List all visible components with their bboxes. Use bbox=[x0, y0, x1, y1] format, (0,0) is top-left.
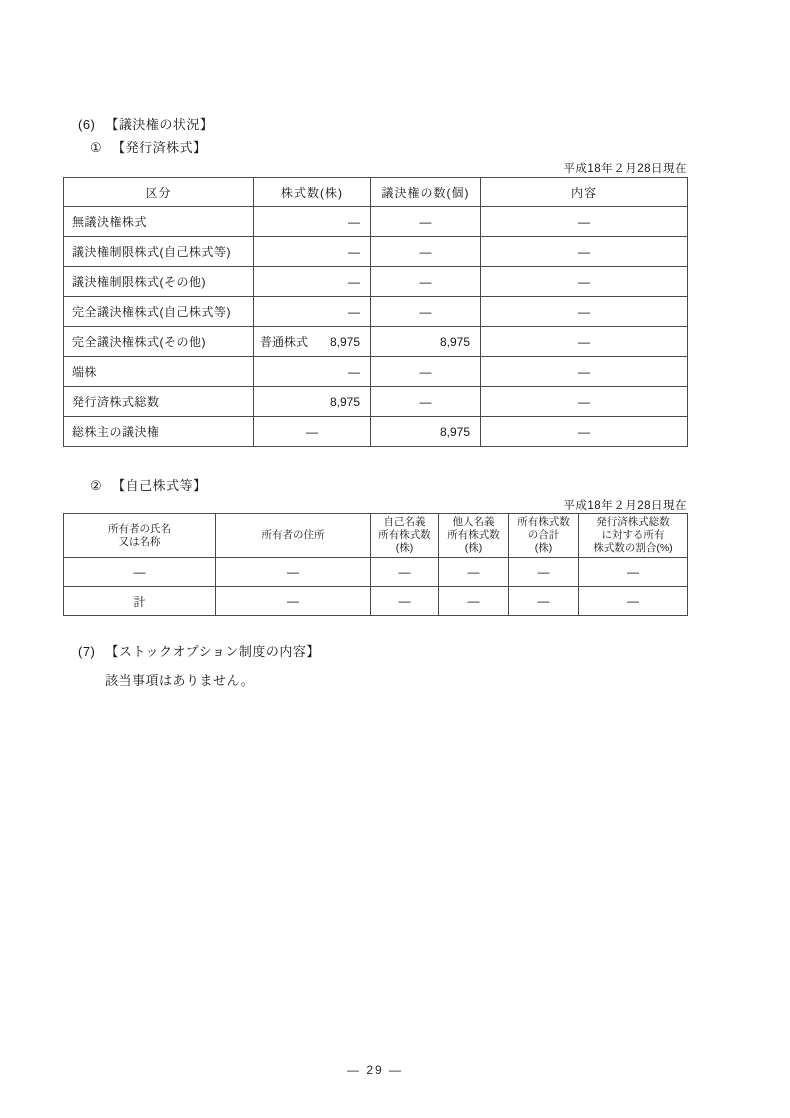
cell-content: ― bbox=[481, 237, 688, 267]
cell-content: ― bbox=[481, 387, 688, 417]
cell-shares: ― bbox=[254, 237, 371, 267]
cell-other-name-shares: ― bbox=[439, 587, 509, 616]
document-page: (6)【議決権の状況】 ①【発行済株式】 平成18年２月28日現在 区分 株式数… bbox=[0, 0, 790, 1118]
cell-ownership-ratio: ― bbox=[579, 587, 688, 616]
cell-voting: ― bbox=[371, 237, 481, 267]
table-row: 完全議決権株式(自己株式等) ― ― ― bbox=[64, 297, 688, 327]
cell-owner-name: 計 bbox=[64, 587, 216, 616]
table-header-row: 区分 株式数(株) 議決権の数(個) 内容 bbox=[64, 178, 688, 207]
cell-category: 完全議決権株式(自己株式等) bbox=[64, 297, 254, 327]
cell-content: ― bbox=[481, 267, 688, 297]
cell-voting: 8,975 bbox=[371, 327, 481, 357]
table-row: 端株 ― ― ― bbox=[64, 357, 688, 387]
cell-shares: ― bbox=[254, 297, 371, 327]
table-row-total: 計 ― ― ― ― ― bbox=[64, 587, 688, 616]
cell-voting: ― bbox=[371, 297, 481, 327]
cell-owner-address: ― bbox=[216, 587, 371, 616]
issued-shares-table: 区分 株式数(株) 議決権の数(個) 内容 無議決権株式 ― ― ― 議決権制限… bbox=[63, 177, 688, 447]
col-header-owner-address: 所有者の住所 bbox=[216, 514, 371, 558]
cell-category: 無議決権株式 bbox=[64, 207, 254, 237]
col-header-content: 内容 bbox=[481, 178, 688, 207]
cell-content: ― bbox=[481, 417, 688, 447]
cell-voting: 8,975 bbox=[371, 417, 481, 447]
cell-owner-name: ― bbox=[64, 558, 216, 587]
col-header-shares: 株式数(株) bbox=[254, 178, 371, 207]
table-row: 完全議決権株式(その他) 普通株式 8,975 8,975 ― bbox=[64, 327, 688, 357]
subsection-heading-treasury-shares: ②【自己株式等】 bbox=[90, 478, 207, 493]
section-title: 【ストックオプション制度の内容】 bbox=[105, 644, 319, 659]
cell-content: ― bbox=[481, 297, 688, 327]
col-header-other-name-shares: 他人名義 所有株式数 (株) bbox=[439, 514, 509, 558]
section-heading-voting-rights: (6)【議決権の状況】 bbox=[78, 117, 213, 132]
cell-voting: ― bbox=[371, 207, 481, 237]
cell-category: 議決権制限株式(その他) bbox=[64, 267, 254, 297]
share-type-label: 普通株式 bbox=[260, 333, 308, 350]
cell-category: 発行済株式総数 bbox=[64, 387, 254, 417]
col-header-category: 区分 bbox=[64, 178, 254, 207]
subsection-title: 【自己株式等】 bbox=[112, 478, 207, 493]
section-number: (6) bbox=[78, 117, 95, 132]
section-title: 【議決権の状況】 bbox=[105, 117, 213, 132]
subsection-heading-issued-shares: ①【発行済株式】 bbox=[90, 140, 207, 155]
treasury-shares-table: 所有者の氏名 又は名称 所有者の住所 自己名義 所有株式数 (株) 他人名義 所… bbox=[63, 513, 688, 616]
cell-owner-address: ― bbox=[216, 558, 371, 587]
cell-own-name-shares: ― bbox=[371, 587, 439, 616]
cell-shares: ― bbox=[254, 357, 371, 387]
subsection-number: ② bbox=[90, 478, 102, 493]
cell-content: ― bbox=[481, 327, 688, 357]
table-row: 議決権制限株式(その他) ― ― ― bbox=[64, 267, 688, 297]
cell-shares: 普通株式 8,975 bbox=[254, 327, 371, 357]
subsection-title: 【発行済株式】 bbox=[112, 140, 207, 155]
col-header-voting: 議決権の数(個) bbox=[371, 178, 481, 207]
table-row: ― ― ― ― ― ― bbox=[64, 558, 688, 587]
as-of-date-treasury-shares: 平成18年２月28日現在 bbox=[63, 497, 687, 513]
cell-total-shares: ― bbox=[509, 587, 579, 616]
section-heading-stock-options: (7)【ストックオプション制度の内容】 bbox=[78, 644, 320, 659]
table-row: 議決権制限株式(自己株式等) ― ― ― bbox=[64, 237, 688, 267]
table-row: 無議決権株式 ― ― ― bbox=[64, 207, 688, 237]
cell-total-shares: ― bbox=[509, 558, 579, 587]
share-count: 8,975 bbox=[330, 335, 360, 349]
cell-shares: 8,975 bbox=[254, 387, 371, 417]
col-header-own-name-shares: 自己名義 所有株式数 (株) bbox=[371, 514, 439, 558]
table-row: 総株主の議決権 ― 8,975 ― bbox=[64, 417, 688, 447]
col-header-ownership-ratio: 発行済株式総数 に対する所有 株式数の割合(%) bbox=[579, 514, 688, 558]
cell-voting: ― bbox=[371, 387, 481, 417]
stock-options-body-text: 該当事項はありません。 bbox=[105, 670, 254, 689]
as-of-date-issued-shares: 平成18年２月28日現在 bbox=[63, 160, 687, 176]
col-header-total-shares: 所有株式数 の合計 (株) bbox=[509, 514, 579, 558]
cell-category: 完全議決権株式(その他) bbox=[64, 327, 254, 357]
cell-shares: ― bbox=[254, 267, 371, 297]
table-row: 発行済株式総数 8,975 ― ― bbox=[64, 387, 688, 417]
subsection-number: ① bbox=[90, 140, 102, 155]
cell-category: 端株 bbox=[64, 357, 254, 387]
cell-category: 総株主の議決権 bbox=[64, 417, 254, 447]
cell-ownership-ratio: ― bbox=[579, 558, 688, 587]
page-number: ― 29 ― bbox=[63, 1063, 687, 1077]
cell-voting: ― bbox=[371, 267, 481, 297]
cell-category: 議決権制限株式(自己株式等) bbox=[64, 237, 254, 267]
cell-shares: ― bbox=[254, 207, 371, 237]
cell-own-name-shares: ― bbox=[371, 558, 439, 587]
cell-content: ― bbox=[481, 207, 688, 237]
section-number: (7) bbox=[78, 644, 95, 659]
col-header-owner-name: 所有者の氏名 又は名称 bbox=[64, 514, 216, 558]
table-header-row: 所有者の氏名 又は名称 所有者の住所 自己名義 所有株式数 (株) 他人名義 所… bbox=[64, 514, 688, 558]
cell-voting: ― bbox=[371, 357, 481, 387]
cell-content: ― bbox=[481, 357, 688, 387]
cell-other-name-shares: ― bbox=[439, 558, 509, 587]
cell-shares: ― bbox=[254, 417, 371, 447]
